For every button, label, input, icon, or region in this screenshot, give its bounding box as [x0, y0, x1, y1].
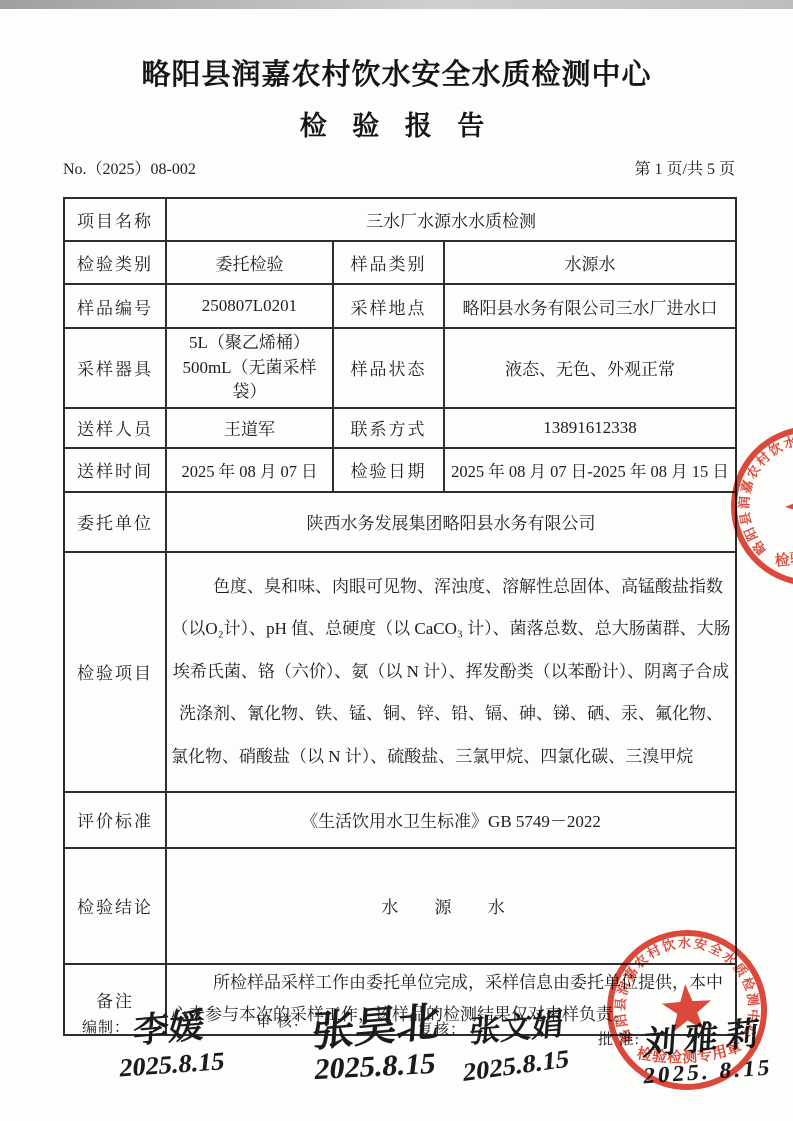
- row-value: 色度、臭和味、肉眼可见物、浑浊度、溶解性总固体、高锰酸盐指数（以O₂计）、pH …: [166, 552, 736, 792]
- signature-block-reviewed-by: 审 核： 张昊北 2025.8.15: [256, 994, 439, 1084]
- seal-bottom-text: 检验检测专用章: [770, 516, 793, 577]
- report-table: 项目名称 三水厂水源水水质检测 检验类别 委托检验 样品类别 水源水 样品编号 …: [63, 197, 737, 1036]
- row-value: 2025 年 08 月 07 日-2025 年 08 月 15 日: [444, 448, 736, 492]
- row-value: 王道军: [166, 408, 333, 448]
- row-label: 检验日期: [333, 448, 444, 492]
- row-label: 检验类别: [64, 241, 166, 284]
- signature-block-prepared-by: 编制： 李媛 2025.8.15: [82, 1000, 224, 1080]
- row-value: 250807L0201: [166, 284, 333, 328]
- report-number: No.（2025）08-002: [63, 156, 196, 179]
- row-value: 委托检验: [166, 241, 333, 284]
- report-meta-row: No.（2025）08-002 第 1 页/共 5 页: [63, 156, 735, 179]
- table-row-project-name: 项目名称 三水厂水源水水质检测: [64, 198, 736, 241]
- row-value: 略阳县水务有限公司三水厂进水口: [444, 284, 736, 328]
- table-row-sampler: 送样人员 王道军 联系方式 13891612338: [64, 408, 736, 448]
- handwritten-signature: 张文娟: [468, 998, 570, 1051]
- handwritten-date: 2025.8.15: [462, 1044, 570, 1088]
- svg-text:检验检测专用章: 检验检测专用章: [770, 516, 793, 577]
- row-value: 5L（聚乙烯桶） 500mL（无菌采样袋）: [166, 328, 333, 408]
- table-row-conclusion: 检验结论 水 源 水: [64, 848, 736, 964]
- signature-role-label: 审 核：: [256, 1010, 309, 1031]
- page-indicator: 第 1 页/共 5 页: [635, 156, 735, 179]
- row-label: 检验项目: [64, 552, 166, 792]
- report-title: 检 验 报 告: [0, 104, 793, 143]
- handwritten-signature: 李媛: [132, 996, 226, 1054]
- table-row-sampling-tools: 采样器具 5L（聚乙烯桶） 500mL（无菌采样袋） 样品状态 液态、无色、外观…: [64, 328, 736, 408]
- row-label: 检验结论: [64, 848, 166, 964]
- row-label: 采样地点: [333, 284, 444, 328]
- row-value: 三水厂水源水水质检测: [166, 198, 736, 241]
- scan-artifact-top: [0, 0, 793, 9]
- signature-block-approved-by: 批 准: 刘雅莉 2025. 8.15: [598, 1012, 772, 1085]
- row-value: 《生活饮用水卫生标准》GB 5749－2022: [166, 792, 736, 848]
- table-row-client: 委托单位 陕西水务发展集团略阳县水务有限公司: [64, 492, 736, 552]
- row-label: 项目名称: [64, 198, 166, 241]
- row-value: 水源水: [444, 241, 736, 284]
- row-label: 委托单位: [64, 492, 166, 552]
- table-row-test-items: 检验项目 色度、臭和味、肉眼可见物、浑浊度、溶解性总固体、高锰酸盐指数（以O₂计…: [64, 552, 736, 792]
- row-label: 样品类别: [333, 241, 444, 284]
- signature-role-label: 复核：: [418, 1018, 466, 1039]
- table-row-inspection-type: 检验类别 委托检验 样品类别 水源水: [64, 241, 736, 284]
- table-row-standard: 评价标准 《生活饮用水卫生标准》GB 5749－2022: [64, 792, 736, 848]
- row-value: 13891612338: [444, 408, 736, 448]
- table-row-dates: 送样时间 2025 年 08 月 07 日 检验日期 2025 年 08 月 0…: [64, 448, 736, 492]
- row-label: 送样时间: [64, 448, 166, 492]
- row-value: 2025 年 08 月 07 日: [166, 448, 333, 492]
- row-label: 联系方式: [333, 408, 444, 448]
- row-label: 样品状态: [333, 328, 444, 408]
- row-label: 送样人员: [64, 408, 166, 448]
- star-icon: [779, 473, 793, 534]
- org-title: 略阳县润嘉农村饮水安全水质检测中心: [0, 52, 793, 93]
- row-value: 陕西水务发展集团略阳县水务有限公司: [166, 492, 736, 552]
- table-row-sample-id: 样品编号 250807L0201 采样地点 略阳县水务有限公司三水厂进水口: [64, 284, 736, 328]
- row-label: 样品编号: [64, 284, 166, 328]
- handwritten-date: 2025.8.15: [118, 1046, 226, 1083]
- row-value: 水 源 水: [166, 848, 736, 964]
- signature-role-label: 批 准:: [598, 1028, 640, 1049]
- signature-block-verified-by: 复核： 张文娟 2025.8.15: [418, 1002, 568, 1081]
- sampling-tool-line1: 5L（聚乙烯桶）: [171, 331, 328, 356]
- signature-role-label: 编制：: [82, 1016, 130, 1037]
- row-value: 液态、无色、外观正常: [444, 328, 736, 408]
- sampling-tool-line2: 500mL（无菌采样袋）: [171, 356, 328, 405]
- row-label: 评价标准: [64, 792, 166, 848]
- row-label: 采样器具: [64, 328, 166, 408]
